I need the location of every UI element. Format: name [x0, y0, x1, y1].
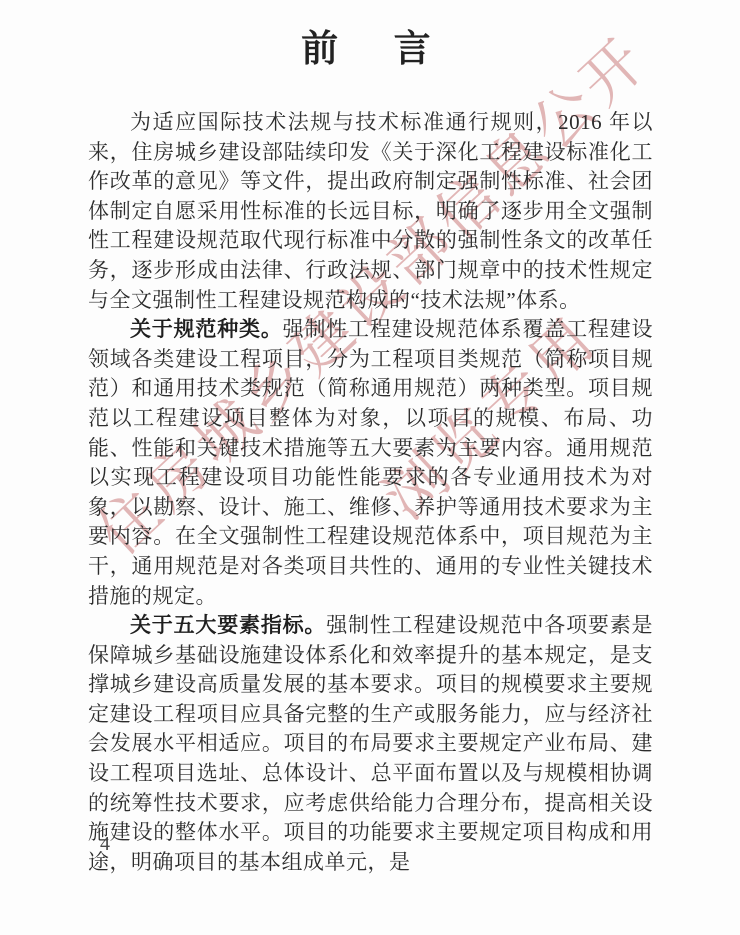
document-page: 住房城乡建设部信息公开 浏览专用 前 言 为适应国际技术法规与技术标准通行规则，… — [0, 0, 740, 935]
paragraph-text: 强制性工程建设规范中各项要素是保障城乡基础设施建设体系化和效率提升的基本规定，是… — [88, 613, 653, 874]
preface-body: 为适应国际技术法规与技术标准通行规则，2016 年以来，住房城乡建设部陆续印发《… — [88, 108, 653, 877]
paragraph-text: 强制性工程建设规范体系覆盖工程建设领域各类建设工程项目，分为工程项目类规范（简称… — [88, 317, 653, 607]
paragraph: 关于五大要素指标。强制性工程建设规范中各项要素是保障城乡基础设施建设体系化和效率… — [88, 611, 653, 877]
paragraph: 关于规范种类。强制性工程建设规范体系覆盖工程建设领域各类建设工程项目，分为工程项… — [88, 315, 653, 611]
paragraph-text: 为适应国际技术法规与技术标准通行规则，2016 年以来，住房城乡建设部陆续印发《… — [88, 110, 653, 312]
paragraph-lead: 关于规范种类。 — [130, 318, 283, 341]
page-number: 4 — [100, 833, 110, 856]
paragraph: 为适应国际技术法规与技术标准通行规则，2016 年以来，住房城乡建设部陆续印发《… — [88, 108, 653, 315]
page-title: 前 言 — [88, 18, 653, 72]
paragraph-lead: 关于五大要素指标。 — [130, 614, 326, 637]
